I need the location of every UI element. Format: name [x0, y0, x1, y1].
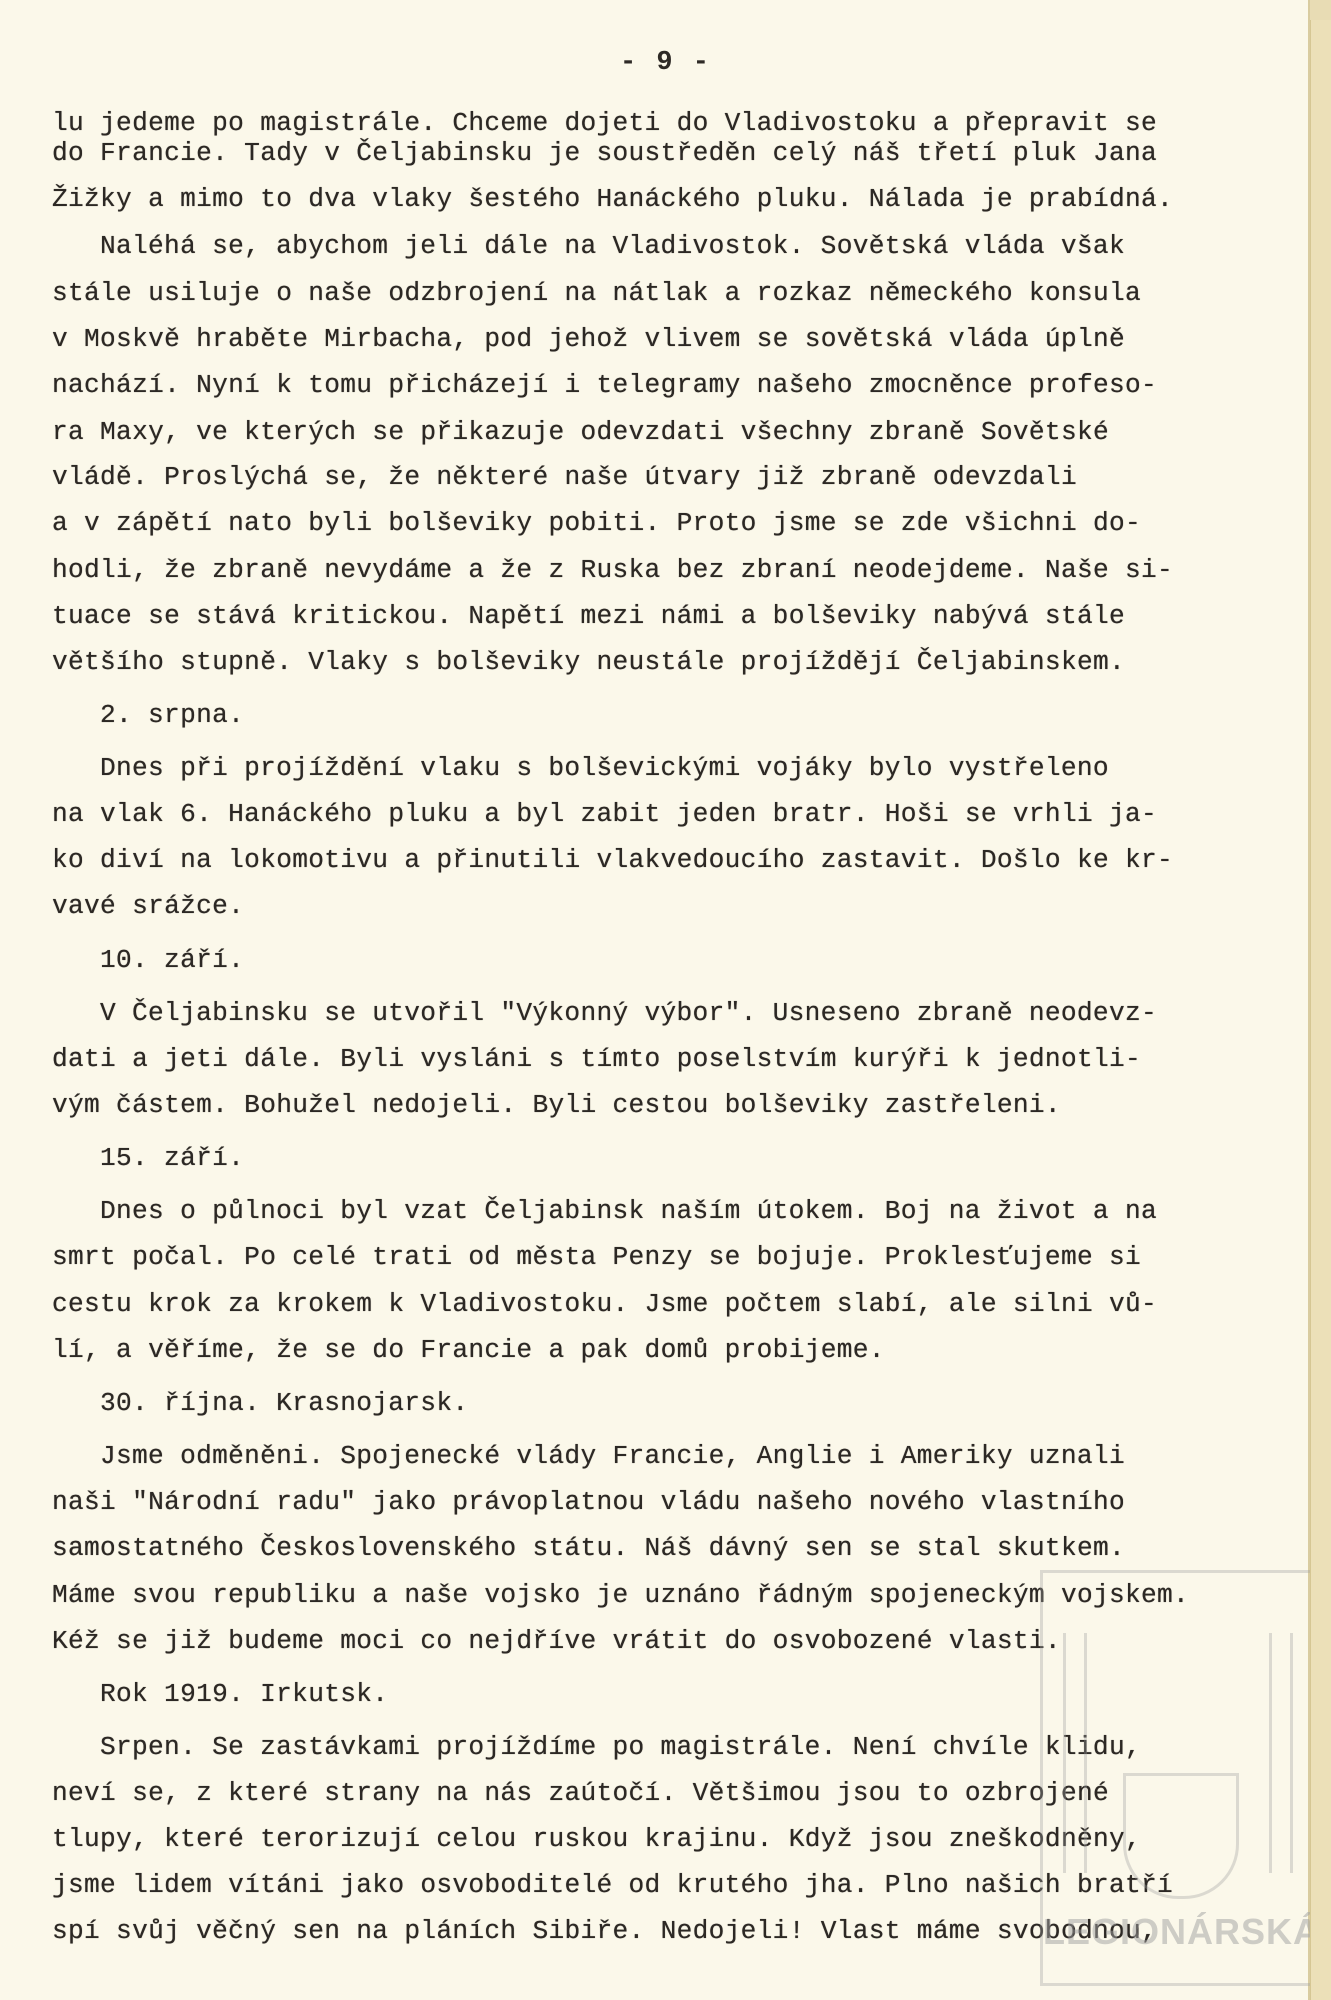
text-line: dati a jeti dále. Byli vysláni s tímto p… — [52, 1044, 1141, 1074]
shield-icon — [1123, 1773, 1239, 1899]
text-line: hodli, že zbraně nevydáme a že z Ruska b… — [52, 555, 1173, 585]
watermark-stamp: LEGIONÁRSKÁ — [1040, 1570, 1316, 1986]
text-line: Srpen. Se zastávkami projíždíme po magis… — [100, 1732, 1141, 1762]
entry-date-heading: Rok 1919. Irkutsk. — [100, 1679, 388, 1709]
text-line: jsme lidem vítáni jako osvoboditelé od k… — [52, 1870, 1173, 1900]
text-line: tlupy, které terorizují celou ruskou kra… — [52, 1824, 1141, 1854]
stamp-column-icon — [1269, 1633, 1293, 1873]
text-line: Máme svou republiku a naše vojsko je uzn… — [52, 1580, 1189, 1610]
text-line: vládě. Proslýchá se, že některé naše útv… — [52, 462, 1077, 492]
document-page: - 9 - lu jedeme po magistrále. Chceme do… — [0, 0, 1310, 2000]
text-line: lí, a věříme, že se do Francie a pak dom… — [52, 1335, 885, 1365]
text-line: Kéž se již budeme moci co nejdříve vráti… — [52, 1626, 1061, 1656]
text-line: většího stupně. Vlaky s bolševiky neustá… — [52, 647, 1125, 677]
entry-date-heading: 30. října. Krasnojarsk. — [100, 1388, 468, 1418]
text-line: nachází. Nyní k tomu přicházejí i telegr… — [52, 370, 1157, 400]
stamp-column-icon — [1063, 1633, 1087, 1873]
entry-date-heading: 15. září. — [100, 1143, 244, 1173]
entry-date-heading: 2. srpna. — [100, 700, 244, 730]
text-line: a v zápětí nato byli bolševiky pobiti. P… — [52, 508, 1141, 538]
entry-date-heading: 10. září. — [100, 945, 244, 975]
paper-edge — [1310, 20, 1331, 2000]
text-line: Žižky a mimo to dva vlaky šestého Hanáck… — [52, 184, 1173, 214]
text-line: cestu krok za krokem k Vladivostoku. Jsm… — [52, 1289, 1157, 1319]
text-line: v Moskvě hraběte Mirbacha, pod jehož vli… — [52, 324, 1125, 354]
text-line: ra Maxy, ve kterých se přikazuje odevzda… — [52, 417, 1109, 447]
text-line: stále usiluje o naše odzbrojení na nátla… — [52, 278, 1141, 308]
text-line: vým částem. Bohužel nedojeli. Byli cesto… — [52, 1090, 1061, 1120]
text-line: do Francie. Tady v Čeljabinsku je soustř… — [52, 138, 1157, 168]
watermark-text: LEGIONÁRSKÁ — [1043, 1911, 1313, 1953]
text-line: Jsme odměněni. Spojenecké vlády Francie,… — [100, 1441, 1125, 1471]
text-line: V Čeljabinsku se utvořil "Výkonný výbor"… — [100, 998, 1157, 1028]
text-line: Naléhá se, abychom jeli dále na Vladivos… — [100, 231, 1125, 261]
text-line: Dnes při projíždění vlaku s bolševickými… — [100, 753, 1109, 783]
text-line: vavé srážce. — [52, 891, 244, 921]
text-line: neví se, z které strany na nás zaútočí. … — [52, 1778, 1109, 1808]
text-line: lu jedeme po magistrále. Chceme dojeti d… — [52, 108, 1157, 138]
text-line: ko diví na lokomotivu a přinutili vlakve… — [52, 845, 1173, 875]
text-line: naši "Národní radu" jako právoplatnou vl… — [52, 1487, 1125, 1517]
text-line: spí svůj věčný sen na pláních Sibiře. Ne… — [52, 1916, 1157, 1946]
text-line: samostatného Československého státu. Náš… — [52, 1533, 1125, 1563]
text-line: Dnes o půlnoci byl vzat Čeljabinsk naším… — [100, 1196, 1157, 1226]
text-line: na vlak 6. Hanáckého pluku a byl zabit j… — [52, 799, 1157, 829]
page-number: - 9 - — [0, 48, 1331, 78]
text-line: smrt počal. Po celé trati od města Penzy… — [52, 1242, 1141, 1272]
text-line: tuace se stává kritickou. Napětí mezi ná… — [52, 601, 1125, 631]
